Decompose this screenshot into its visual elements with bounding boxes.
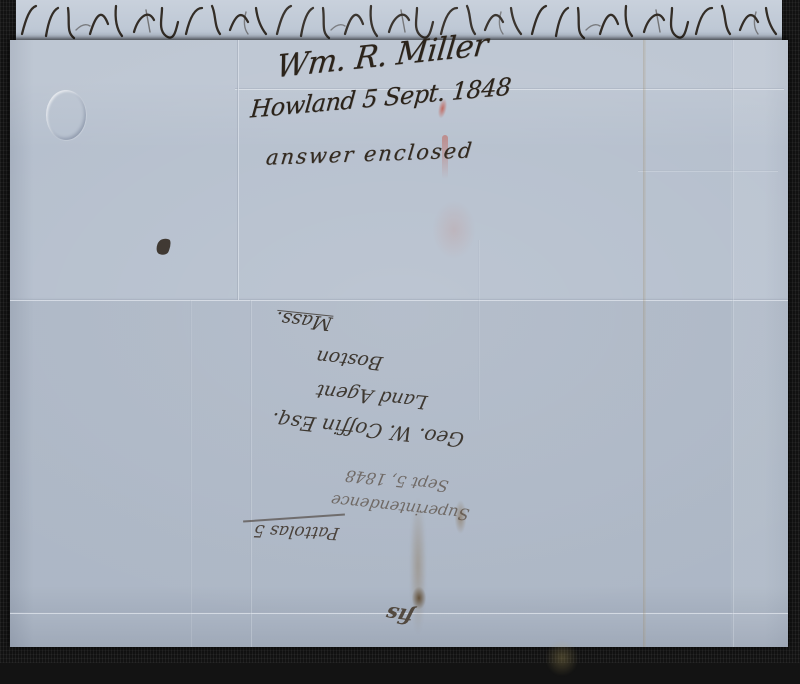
scan-background: Wm. R. Miller Howland 5 Sept. 1848 answe… — [0, 0, 800, 663]
fold-crease-horizontal-middle — [10, 299, 788, 301]
fold-crease-vertical-right — [732, 40, 734, 647]
bottom-stain — [538, 632, 586, 663]
fold-crease-vertical-left-upper — [237, 40, 239, 300]
address-block-inverted: Geo. W. Coffin Esq. Land Agent Boston Ma… — [217, 288, 504, 459]
fold-crease-vertical-far-left — [190, 300, 192, 647]
fold-crease-vertical-stained — [643, 40, 646, 647]
ink-blot — [154, 236, 172, 256]
inverted-side-note: Pattolas 5 — [223, 519, 341, 543]
fold-crease-horizontal-right — [638, 170, 778, 172]
red-mark-blush — [423, 188, 485, 272]
embossed-stamp — [46, 90, 86, 140]
